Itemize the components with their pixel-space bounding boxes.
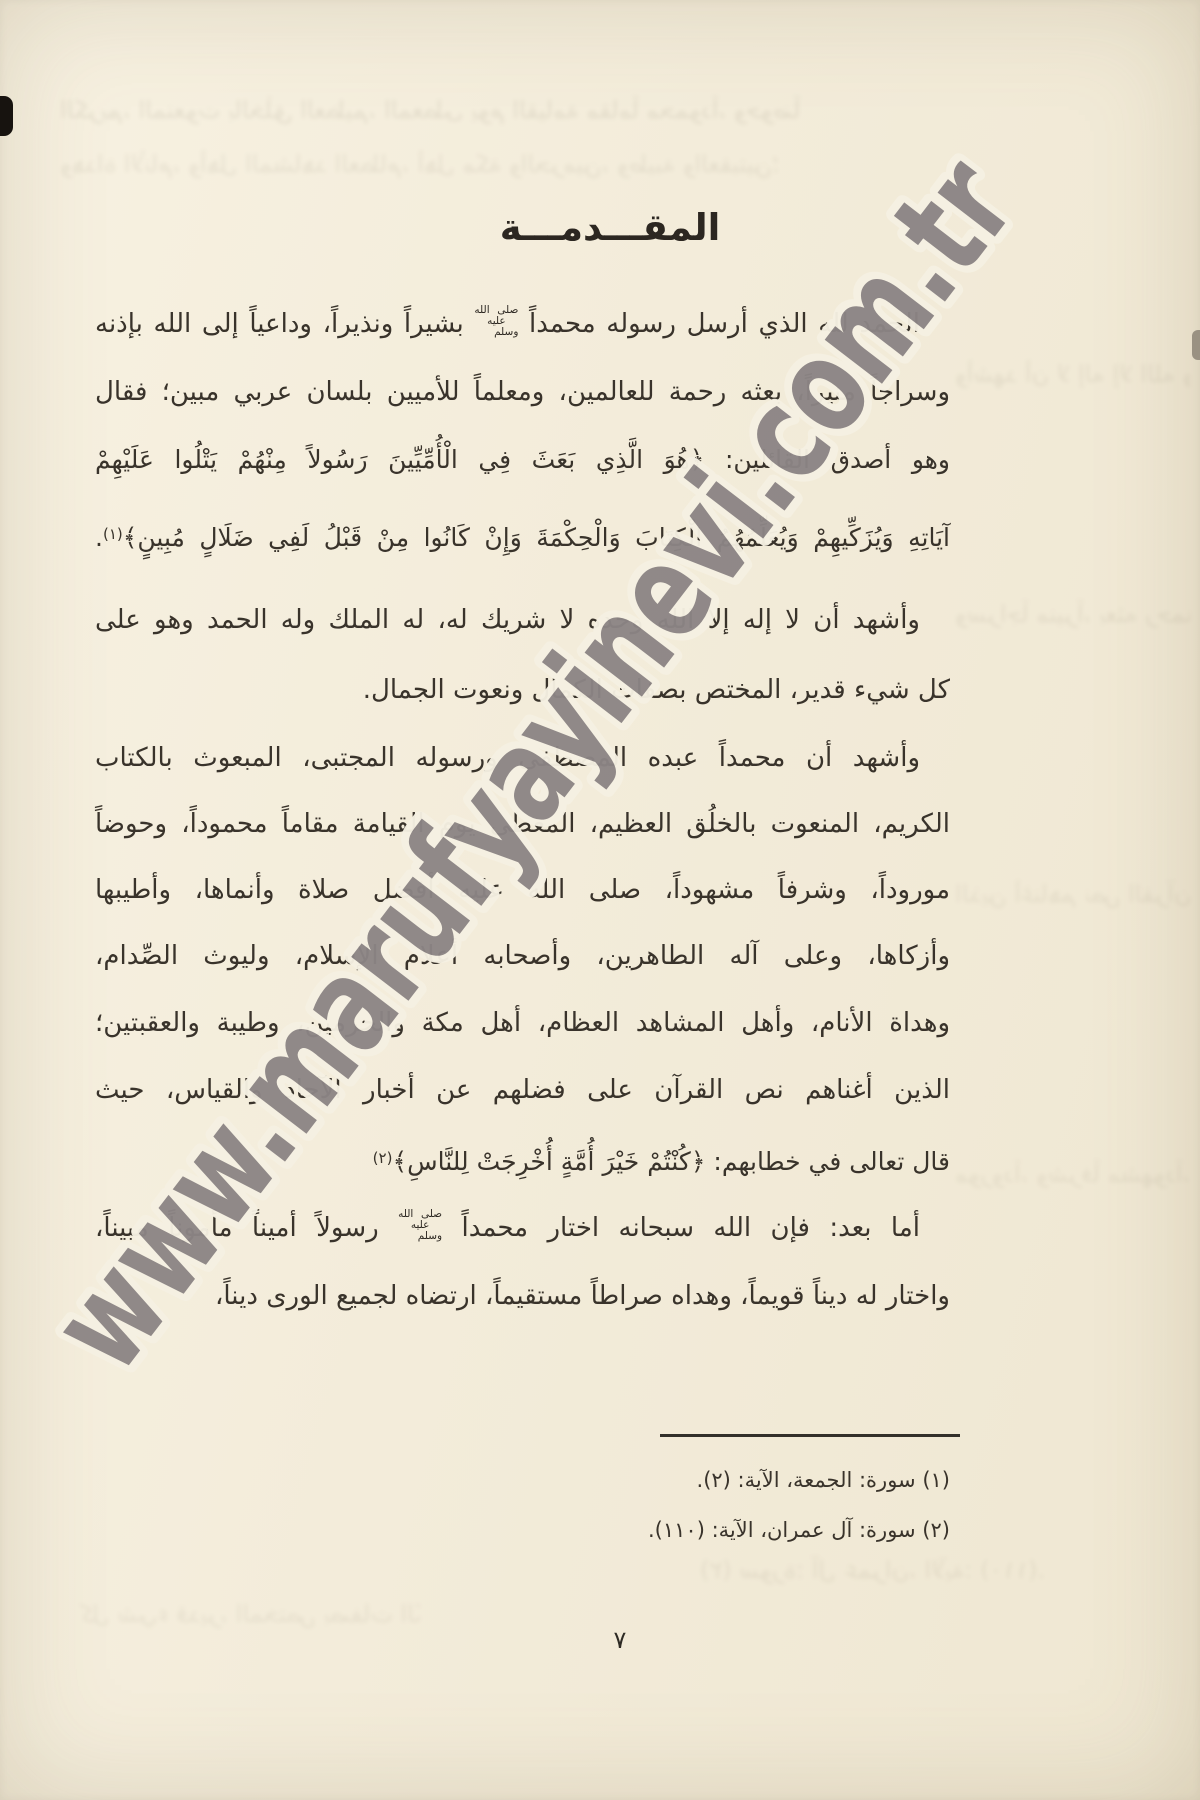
footnote-ref: (١) — [103, 525, 123, 543]
page-bleed-through: وهداة الأنام، وأهل المشاهد العظام، أهل م… — [60, 150, 1150, 178]
footnote-separator — [660, 1434, 960, 1437]
body-line: الذين أغناهم نص القرآن على فضلهم عن أخبا… — [95, 1062, 950, 1124]
footnote-ref: (٢) — [373, 1149, 393, 1167]
footnote: (٢) سورة: آل عمران، الآية: (١١٠). — [95, 1518, 950, 1542]
scan-edge-mark — [0, 96, 13, 136]
footnote: (١) سورة: الجمعة، الآية: (٢). — [95, 1468, 950, 1492]
body-line-quran: آيَاتِهِ وَيُزَكِّيهِمْ وَيُعَلِّمُهُمُ … — [95, 506, 950, 568]
page-bleed-through: موروداً، وشرفاً مشهوداً، صلى الله عليه أ… — [955, 1160, 1190, 1188]
page-bleed-through: كل شيء قدير، المختص بصفات الكمال ونعوت ا… — [80, 1600, 420, 1628]
body-line: موروداً، وشرفاً مشهوداً، صلى الله عليه أ… — [95, 862, 950, 924]
body-line: وسراجاً منيراً، بعثه رحمة للعالمين، ومعل… — [95, 364, 950, 426]
body-line: وهداة الأنام، وأهل المشاهد العظام، أهل م… — [95, 995, 950, 1057]
body-line-quran: قال تعالى في خطابهم: ﴿كُنْتُمْ خَيْرَ أُ… — [95, 1130, 950, 1192]
body-line: وأشهد أن محمداً عبده المصطفى ورسوله المج… — [95, 730, 950, 792]
page-bleed-through: وأشهد أن لا إله إلا الله وحده لا شريك له… — [955, 360, 1190, 388]
page-bleed-through: (٢) سورة: آل عمران، الآية: (١١٠). — [700, 1556, 1150, 1584]
body-line-quran: وهو أصدق القائلين: ﴿هُوَ الَّذِي بَعَثَ … — [95, 432, 950, 494]
body-line: واختار له ديناً قويماً، وهداه صراطاً مست… — [95, 1268, 950, 1330]
page-title: المقـــدمـــة — [440, 206, 780, 249]
scanned-book-page: الكريم، المنعوت بالخلُق العظيم، المعطى ي… — [0, 0, 1200, 1800]
body-line: وأشهد أن لا إله إلا الله وحده لا شريك له… — [95, 592, 950, 654]
page-bleed-through: الكريم، المنعوت بالخلُق العظيم، المعطى ي… — [60, 96, 1150, 124]
page-bleed-through: وسراجاً منيراً، بعثه رحمة للعالمين، ومعل… — [955, 600, 1190, 628]
salla-ligature: صلى اللهعليه وسلم — [398, 1209, 442, 1242]
page-number: ٧ — [560, 1626, 680, 1654]
salla-ligature: صلى اللهعليه وسلم — [474, 305, 518, 338]
body-line: الحمد لله الذي أرسل رسوله محمداً صلى الل… — [95, 296, 950, 358]
body-line: كل شيء قدير، المختص بصفات الكمال ونعوت ا… — [95, 662, 950, 724]
body-line: أما بعد: فإن الله سبحانه اختار محمداً صل… — [95, 1200, 950, 1262]
body-line: وأزكاها، وعلى آله الطاهرين، وأصحابه أعلا… — [95, 928, 950, 990]
page-bleed-through: الذين أغناهم نص القرآن على فضلهم عن أخبا… — [955, 880, 1190, 908]
body-line: الكريم، المنعوت بالخلُق العظيم، المعطى ي… — [95, 796, 950, 858]
scan-edge-mark — [1192, 330, 1200, 360]
